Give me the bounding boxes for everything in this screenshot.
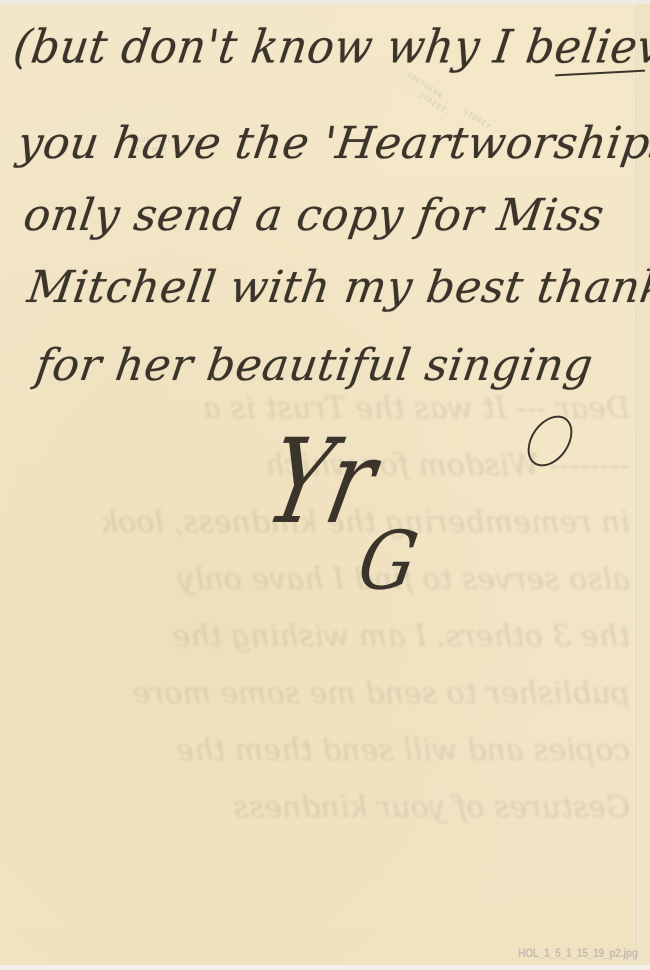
handwritten-line-2: you have the 'Heartworships' so I	[14, 118, 650, 169]
scan-top-edge	[0, 0, 650, 4]
bleed-line: also serves to find I have only	[30, 551, 630, 608]
bleed-line: copies and will send them the	[30, 722, 630, 779]
bleed-line: Gestures of your kindness	[30, 779, 630, 836]
handwritten-line-4: Mitchell with my best thanks	[24, 262, 650, 313]
handwritten-line-1: (but don't know why I believe) that	[10, 21, 650, 75]
filename-watermark: HOL_1_5_1_15_19_p2.jpg	[518, 946, 638, 960]
handwritten-line-5: for her beautiful singing	[32, 340, 596, 391]
handwritten-line-3: only send a copy for Miss	[20, 190, 607, 241]
bleed-line: publisher to send me some more	[30, 665, 630, 722]
bleed-line: the 3 others. I am wishing the	[30, 608, 630, 665]
letter-page: SOUTHERN ... STOREY ... STREET, ... ... …	[0, 0, 650, 970]
scan-bottom-edge	[0, 965, 650, 970]
